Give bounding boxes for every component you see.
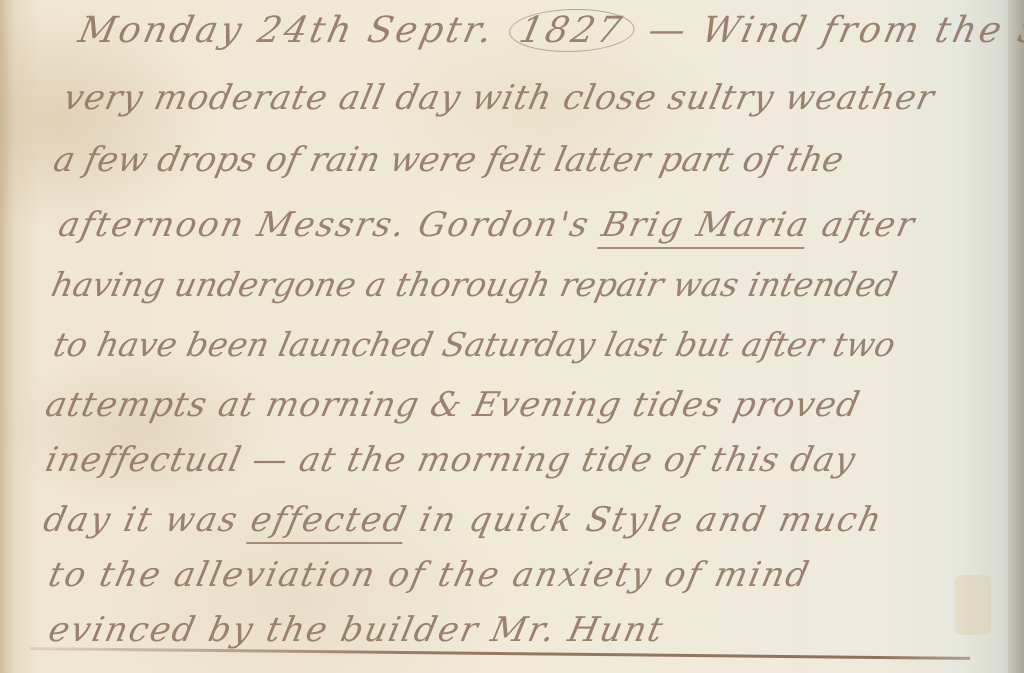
handwritten-line-6: to have been launched Saturday last but …: [50, 325, 899, 364]
line-4-end: after: [805, 205, 919, 245]
handwritten-line-10: to the alleviation of the anxiety of min…: [45, 555, 814, 595]
circled-year: 1827: [504, 9, 639, 52]
paper-stain: [955, 575, 991, 635]
handwritten-line-5: having undergone a thorough repair was i…: [48, 265, 901, 304]
handwritten-line-8: ineffectual — at the morning tide of thi…: [42, 440, 860, 480]
handwritten-line-2: very moderate all day with close sultry …: [60, 78, 938, 118]
page-fold-edge: [1008, 0, 1024, 673]
line-9-end: in quick Style and much: [403, 500, 887, 540]
handwritten-line-7: attempts at morning & Evening tides prov…: [42, 385, 864, 425]
handwritten-line-9: day it was effected in quick Style and m…: [40, 500, 887, 540]
handwritten-line-3: a few drops of rain were felt latter par…: [50, 140, 847, 180]
wind-text: — Wind from the SW.: [630, 10, 1024, 51]
date-text: Monday 24th Septr.: [75, 10, 513, 51]
handwritten-line-1: Monday 24th Septr. 1827 — Wind from the …: [75, 10, 1024, 51]
handwritten-line-4: afternoon Messrs. Gordon's Brig Maria af…: [55, 205, 920, 245]
handwritten-line-11: evinced by the builder Mr. Hunt: [45, 610, 668, 650]
line-4-start: afternoon Messrs. Gordon's: [55, 205, 607, 245]
underlined-ship-name: Brig Maria: [597, 205, 814, 249]
underlined-word-effected: effected: [246, 500, 411, 544]
line-9-start: day it was: [40, 500, 256, 540]
page-left-edge: [0, 0, 14, 673]
